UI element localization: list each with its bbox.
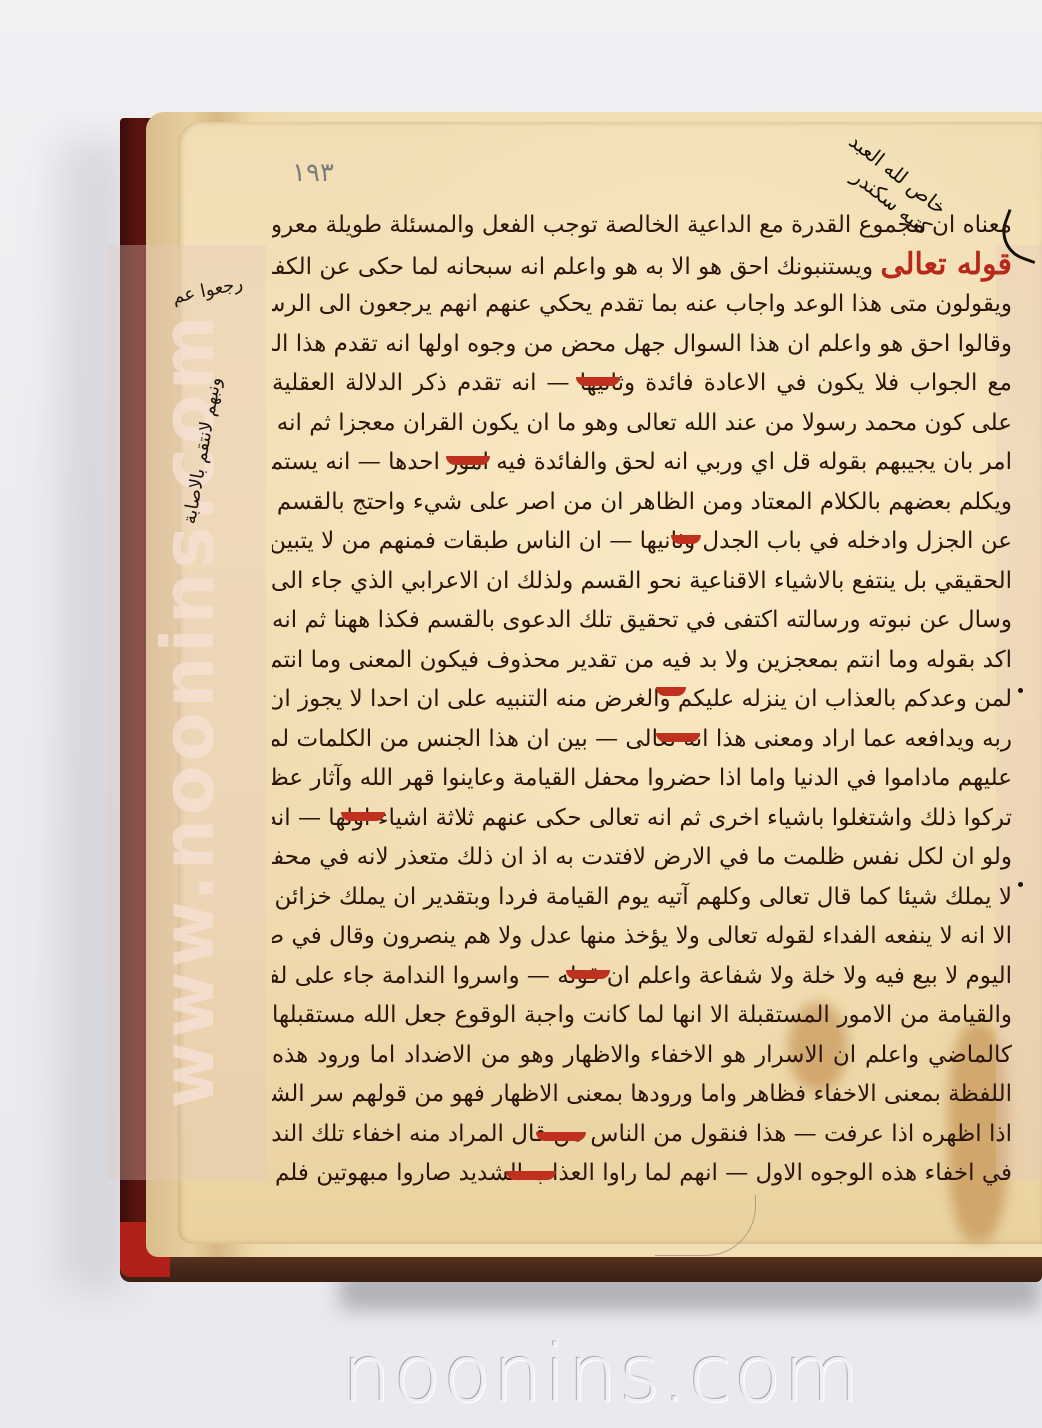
line-text: لا يملك شيئا كما قال تعالى وكلهم آتيه يو…: [272, 884, 1012, 910]
watermark-vertical: www.noonins.com: [146, 311, 230, 1108]
text-line: اكد بقوله وما انتم بمعجزين ولا بد فيه من…: [272, 640, 1012, 680]
red-overline-mark: [671, 535, 701, 544]
watermark-bottom: noonins.com: [342, 1330, 861, 1420]
text-line: اذا اظهره اذا عرفت — هذا فنقول من الناس …: [272, 1114, 1012, 1154]
margin-dot: [1018, 882, 1023, 887]
text-line: وقالوا احق هو واعلم ان هذا السوال جهل مح…: [272, 324, 1012, 364]
line-text: وسال عن نبوته ورسالته اكتفى في تحقيق تلك…: [272, 607, 1012, 633]
text-line: كالماضي واعلم ان الاسرار هو الاخفاء والا…: [272, 1035, 1012, 1075]
text-line: وسال عن نبوته ورسالته اكتفى في تحقيق تلك…: [272, 600, 1012, 640]
red-overline-mark: [656, 687, 686, 696]
text-line: لمن وعدكم بالعذاب ان ينزله عليكم والغرض …: [272, 679, 1012, 719]
line-text: معناه ان مجموع القدرة مع الداعية الخالصة…: [272, 212, 1012, 238]
line-text: امر بان يجيبهم بقوله قل اي وربي انه لحق …: [272, 449, 1012, 475]
text-line: عليهم ماداموا في الدنيا واما اذا حضروا م…: [272, 758, 1012, 798]
red-overline-mark: [506, 1171, 556, 1180]
text-line: والقيامة من الامور المستقبلة الا انها لم…: [272, 995, 1012, 1035]
text-line: ويكلم بعضهم بالكلام المعتاد ومن الظاهر ا…: [272, 482, 1012, 522]
line-text: الحقيقي بل ينتفع بالاشياء الاقناعية نحو …: [272, 568, 1012, 594]
rubric-heading: قوله تعالى: [880, 247, 1012, 282]
text-line: لا يملك شيئا كما قال تعالى وكلهم آتيه يو…: [272, 877, 1012, 917]
red-overline-mark: [446, 456, 490, 465]
line-text: ويكلم بعضهم بالكلام المعتاد ومن الظاهر ا…: [272, 489, 1012, 515]
line-text: في اخفاء هذه الوجوه الاول — انهم لما راو…: [272, 1160, 1012, 1186]
manuscript-text-block: معناه ان مجموع القدرة مع الداعية الخالصة…: [272, 205, 1012, 1193]
text-line: مع الجواب فلا يكون في الاعادة فائدة وثان…: [272, 363, 1012, 403]
text-line: تركوا ذلك واشتغلوا باشياء اخرى ثم انه تع…: [272, 798, 1012, 838]
line-text: ولو ان لكل نفس ظلمت ما في الارض لافتدت ب…: [272, 844, 1012, 870]
line-text: اللفظة بمعنى الاخفاء فظاهر واما ورودها ب…: [272, 1081, 1012, 1107]
red-overline-mark: [576, 377, 620, 386]
text-line: ربه ويدافعه عما اراد ومعنى هذا انه تعالى…: [272, 719, 1012, 759]
text-line: عن الجزل وادخله في باب الجدل وثانيها — ا…: [272, 521, 1012, 561]
line-text: مع الجواب فلا يكون في الاعادة فائدة وثان…: [272, 370, 1012, 396]
text-line: الا انه لا ينفعه الفداء لقوله تعالى ولا …: [272, 916, 1012, 956]
folio-number: ١٩٣: [292, 158, 334, 188]
text-line: ولو ان لكل نفس ظلمت ما في الارض لافتدت ب…: [272, 837, 1012, 877]
line-text: اذا اظهره اذا عرفت — هذا فنقول من الناس …: [272, 1121, 1012, 1147]
red-overline-mark: [566, 970, 610, 979]
line-text: والقيامة من الامور المستقبلة الا انها لم…: [272, 1002, 1012, 1028]
text-line: قوله تعالى ويستنبونك احق هو الا به هو وا…: [272, 245, 1012, 285]
text-line: اللفظة بمعنى الاخفاء فظاهر واما ورودها ب…: [272, 1074, 1012, 1114]
text-line: على كون محمد رسولا من عند الله تعالى وهو…: [272, 403, 1012, 443]
text-line: امر بان يجيبهم بقوله قل اي وربي انه لحق …: [272, 442, 1012, 482]
line-text: كالماضي واعلم ان الاسرار هو الاخفاء والا…: [272, 1042, 1012, 1068]
line-text: عن الجزل وادخله في باب الجدل وثانيها — ا…: [272, 528, 1012, 554]
line-text: اليوم لا بيع فيه ولا خلة ولا شفاعة واعلم…: [272, 963, 1012, 989]
line-text: عليهم ماداموا في الدنيا واما اذا حضروا م…: [272, 765, 1012, 791]
text-line: اليوم لا بيع فيه ولا خلة ولا شفاعة واعلم…: [272, 956, 1012, 996]
line-text: وقالوا احق هو واعلم ان هذا السوال جهل مح…: [272, 331, 1012, 357]
text-line: في اخفاء هذه الوجوه الاول — انهم لما راو…: [272, 1153, 1012, 1193]
line-text: ويقولون متى هذا الوعد واجاب عنه بما تقدم…: [272, 291, 1012, 317]
red-overline-mark: [536, 1132, 586, 1141]
text-line: معناه ان مجموع القدرة مع الداعية الخالصة…: [272, 205, 1012, 245]
line-text: ويستنبونك احق هو الا به هو واعلم انه سبح…: [272, 254, 873, 280]
text-line: ويقولون متى هذا الوعد واجاب عنه بما تقدم…: [272, 284, 1012, 324]
text-line: الحقيقي بل ينتفع بالاشياء الاقناعية نحو …: [272, 561, 1012, 601]
red-overline-mark: [656, 733, 700, 742]
line-text: على كون محمد رسولا من عند الله تعالى وهو…: [272, 410, 1012, 436]
line-text: لمن وعدكم بالعذاب ان ينزله عليكم والغرض …: [272, 686, 1012, 712]
line-text: اكد بقوله وما انتم بمعجزين ولا بد فيه من…: [272, 647, 1012, 673]
line-text: الا انه لا ينفعه الفداء لقوله تعالى ولا …: [272, 923, 1012, 949]
margin-dot: [1018, 688, 1023, 693]
red-overline-mark: [341, 812, 385, 821]
line-text: ربه ويدافعه عما اراد ومعنى هذا انه تعالى…: [272, 726, 1012, 752]
